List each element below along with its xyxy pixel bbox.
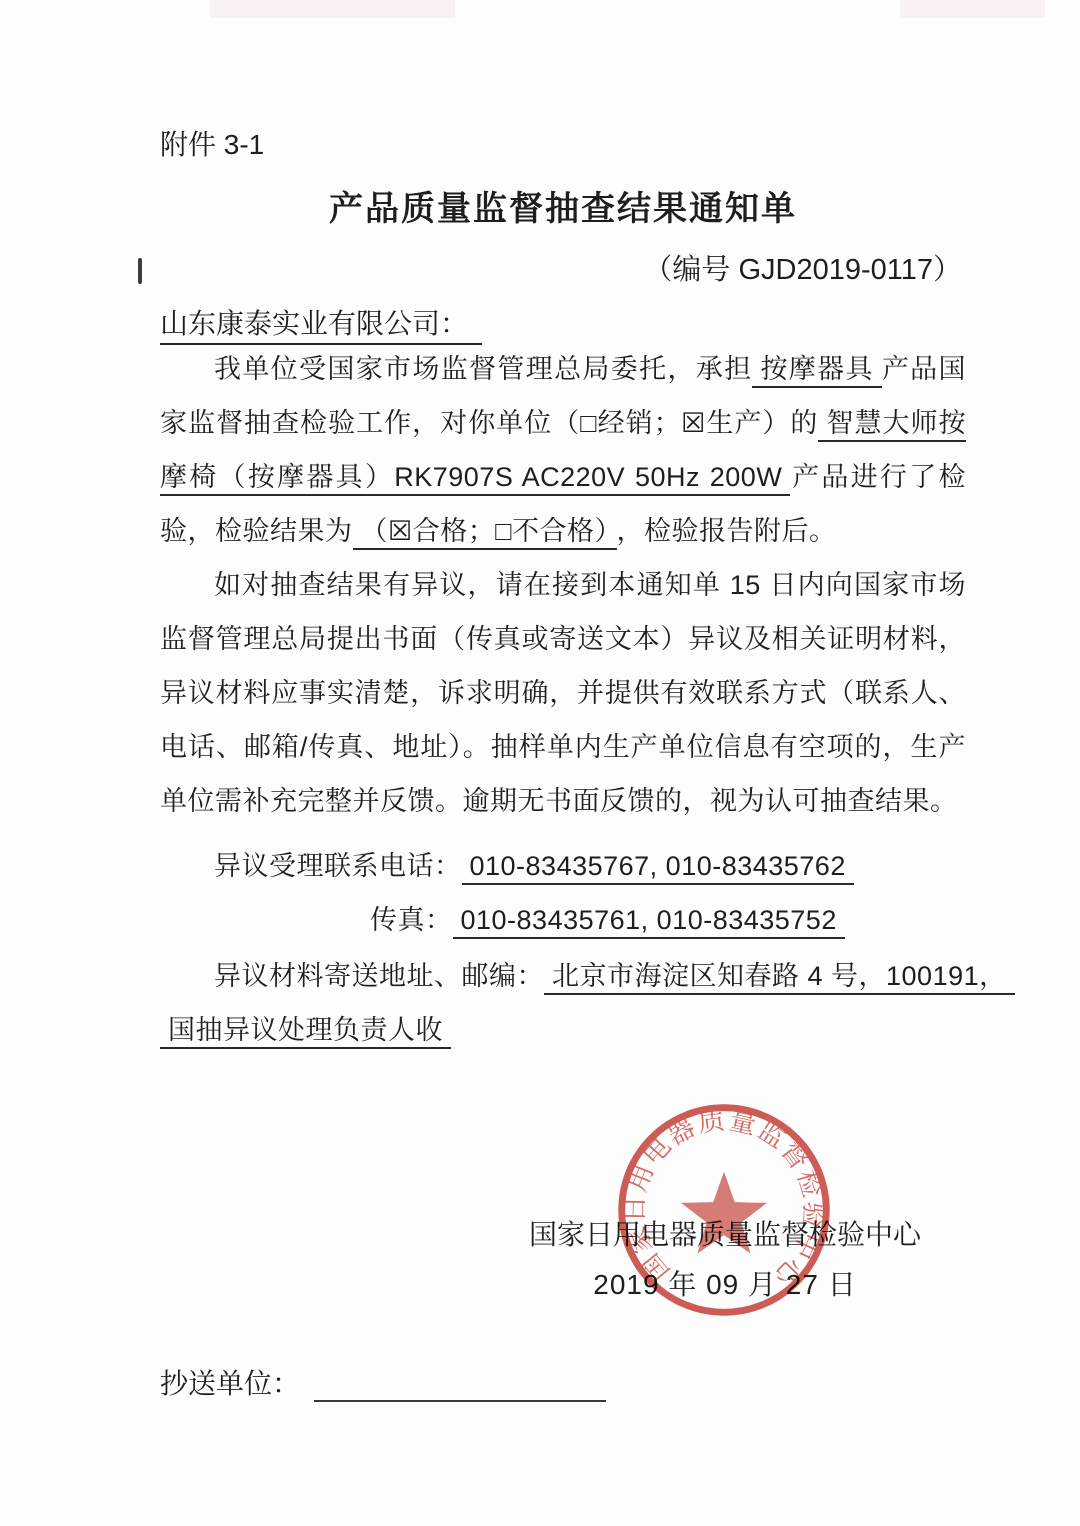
document-content: 附件 3-1 产品质量监督抽查结果通知单 （编号 GJD2019-0117） 山… xyxy=(160,128,966,1056)
salutation: 山东康泰实业有限公司： xyxy=(160,306,966,342)
objection-phone-line: 异议受理联系电话：010-83435767, 010-83435762 xyxy=(160,840,966,892)
objection-fax-line: 传真：010-83435761, 010-83435752 xyxy=(160,894,966,946)
objection-address-line: 异议材料寄送地址、邮编：北京市海淀区知春路 4 号，100191， xyxy=(160,950,966,1002)
document-title: 产品质量监督抽查结果通知单 xyxy=(160,188,966,230)
text-segment: ，检验报告附后。 xyxy=(617,516,837,546)
issuer-name: 国家日用电器质量监督检验中心 xyxy=(500,1218,950,1252)
issue-date: 2019 年 09 月 27 日 xyxy=(500,1268,950,1302)
cc-blank-underline xyxy=(314,1370,606,1402)
paragraph-objection-instructions: 如对抽查结果有异议，请在接到本通知单 15 日内向国家市场监督管理总局提出书面（… xyxy=(160,558,966,828)
recipient-company: 山东康泰实业有限公司： xyxy=(160,308,482,345)
document-number: （编号 GJD2019-0117） xyxy=(160,252,966,288)
address-label: 异议材料寄送地址、邮编： xyxy=(214,961,544,991)
fax-label: 传真： xyxy=(370,905,453,935)
phone-label: 异议受理联系电话： xyxy=(214,851,462,881)
signature-block: 国家日用电器质量监督检验中心 2019 年 09 月 27 日 xyxy=(500,1218,950,1302)
document-page: 附件 3-1 产品质量监督抽查结果通知单 （编号 GJD2019-0117） 山… xyxy=(0,0,1080,1526)
address-value-continued: 国抽异议处理负责人收 xyxy=(160,1015,451,1049)
fax-numbers: 010-83435761, 010-83435752 xyxy=(453,905,845,939)
scan-artifact-top xyxy=(0,0,1080,18)
cc-label: 抄送单位： xyxy=(160,1368,300,1399)
attachment-label: 附件 3-1 xyxy=(160,128,966,162)
paragraph-inspection-notice: 我单位受国家市场监督管理总局委托，承担按摩器具产品国家监督抽查检验工作，对你单位… xyxy=(160,342,966,558)
phone-numbers: 010-83435767, 010-83435762 xyxy=(462,851,854,885)
scan-artifact-left xyxy=(138,258,142,284)
objection-address-line-2: 国抽异议处理负责人收 xyxy=(160,1004,966,1056)
address-value: 北京市海淀区知春路 4 号，100191， xyxy=(544,961,1015,995)
underlined-blank-product-category: 按摩器具 xyxy=(752,354,881,388)
cc-line: 抄送单位： xyxy=(160,1366,606,1402)
underlined-blank-result: （☒合格；□不合格） xyxy=(353,516,617,550)
text-segment: 我单位受国家市场监督管理总局委托，承担 xyxy=(214,354,752,384)
